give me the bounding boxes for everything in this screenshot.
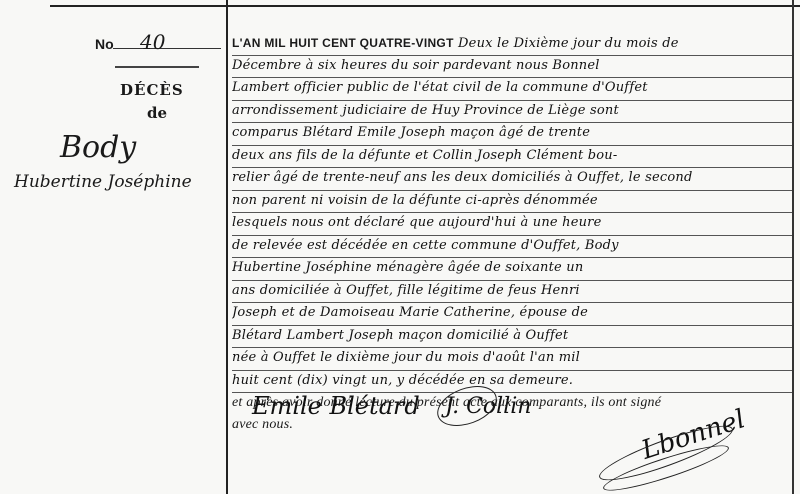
handwritten-text: Lambert officier public de l'état civil … — [232, 80, 648, 95]
deceased-surname: Body — [60, 130, 136, 165]
body-line: ans domiciliée à Ouffet, fille légitime … — [232, 281, 792, 304]
signature-declarant-1: Emile Blétard — [252, 392, 420, 420]
handwritten-text: lesquels nous ont déclaré que aujourd'hu… — [232, 215, 601, 230]
body-line: Décembre à six heures du soir pardevant … — [232, 56, 792, 79]
body-line: Blétard Lambert Joseph maçon domicilié à… — [232, 326, 792, 349]
body-line: comparus Blétard Emile Joseph maçon âgé … — [232, 123, 792, 146]
body-line: relier âgé de trente-neuf ans les deux d… — [232, 168, 792, 191]
handwritten-text: ans domiciliée à Ouffet, fille légitime … — [232, 283, 580, 298]
handwritten-text: Deux le Dixième jour du mois de — [458, 36, 679, 51]
body-line: Hubertine Joséphine ménagère âgée de soi… — [232, 258, 792, 281]
deceased-given-names: Hubertine Joséphine — [14, 172, 192, 192]
body-line: arrondissement judiciaire de Huy Provinc… — [232, 101, 792, 124]
record-number-label: No — [95, 36, 114, 52]
handwritten-text: huit cent (dix) vingt un, y décédée en s… — [232, 373, 573, 388]
handwritten-text: non parent ni voisin de la défunte ci-ap… — [232, 193, 598, 208]
handwritten-text: née à Ouffet le dixième jour du mois d'a… — [232, 350, 580, 365]
body-line: L'AN MIL HUIT CENT QUATRE-VINGT Deux le … — [232, 33, 792, 56]
record-body: L'AN MIL HUIT CENT QUATRE-VINGT Deux le … — [232, 33, 792, 436]
record-type-de: de — [147, 104, 167, 122]
handwritten-text: Blétard Lambert Joseph maçon domicilié à… — [232, 328, 568, 343]
handwritten-text: Hubertine Joséphine ménagère âgée de soi… — [232, 260, 583, 275]
body-line: de relevée est décédée en cette commune … — [232, 236, 792, 259]
handwritten-text: de relevée est décédée en cette commune … — [232, 238, 619, 253]
handwritten-text: relier âgé de trente-neuf ans les deux d… — [232, 170, 693, 185]
body-line: Lambert officier public de l'état civil … — [232, 78, 792, 101]
body-line: Joseph et de Damoiseau Marie Catherine, … — [232, 303, 792, 326]
printed-year-prefix: L'AN MIL HUIT CENT QUATRE-VINGT — [232, 36, 454, 50]
heading-rule — [115, 66, 199, 68]
handwritten-text: deux ans fils de la défunte et Collin Jo… — [232, 148, 617, 163]
top-rule — [50, 5, 800, 7]
handwritten-text: arrondissement judiciaire de Huy Provinc… — [232, 103, 619, 118]
document-page: No 40 DÉCÈS de Body Hubertine Joséphine … — [0, 0, 800, 494]
handwritten-text: comparus Blétard Emile Joseph maçon âgé … — [232, 125, 590, 140]
right-border — [792, 0, 794, 494]
record-number-value: 40 — [140, 30, 165, 54]
body-line: deux ans fils de la défunte et Collin Jo… — [232, 146, 792, 169]
column-divider — [226, 0, 228, 494]
body-line: lesquels nous ont déclaré que aujourd'hu… — [232, 213, 792, 236]
record-type-heading: DÉCÈS — [120, 81, 184, 99]
body-line: huit cent (dix) vingt un, y décédée en s… — [232, 371, 792, 394]
handwritten-text: Décembre à six heures du soir pardevant … — [232, 58, 600, 73]
handwritten-text: Joseph et de Damoiseau Marie Catherine, … — [232, 305, 588, 320]
record-number-line — [113, 48, 221, 49]
body-line: non parent ni voisin de la défunte ci-ap… — [232, 191, 792, 214]
body-line: née à Ouffet le dixième jour du mois d'a… — [232, 348, 792, 371]
